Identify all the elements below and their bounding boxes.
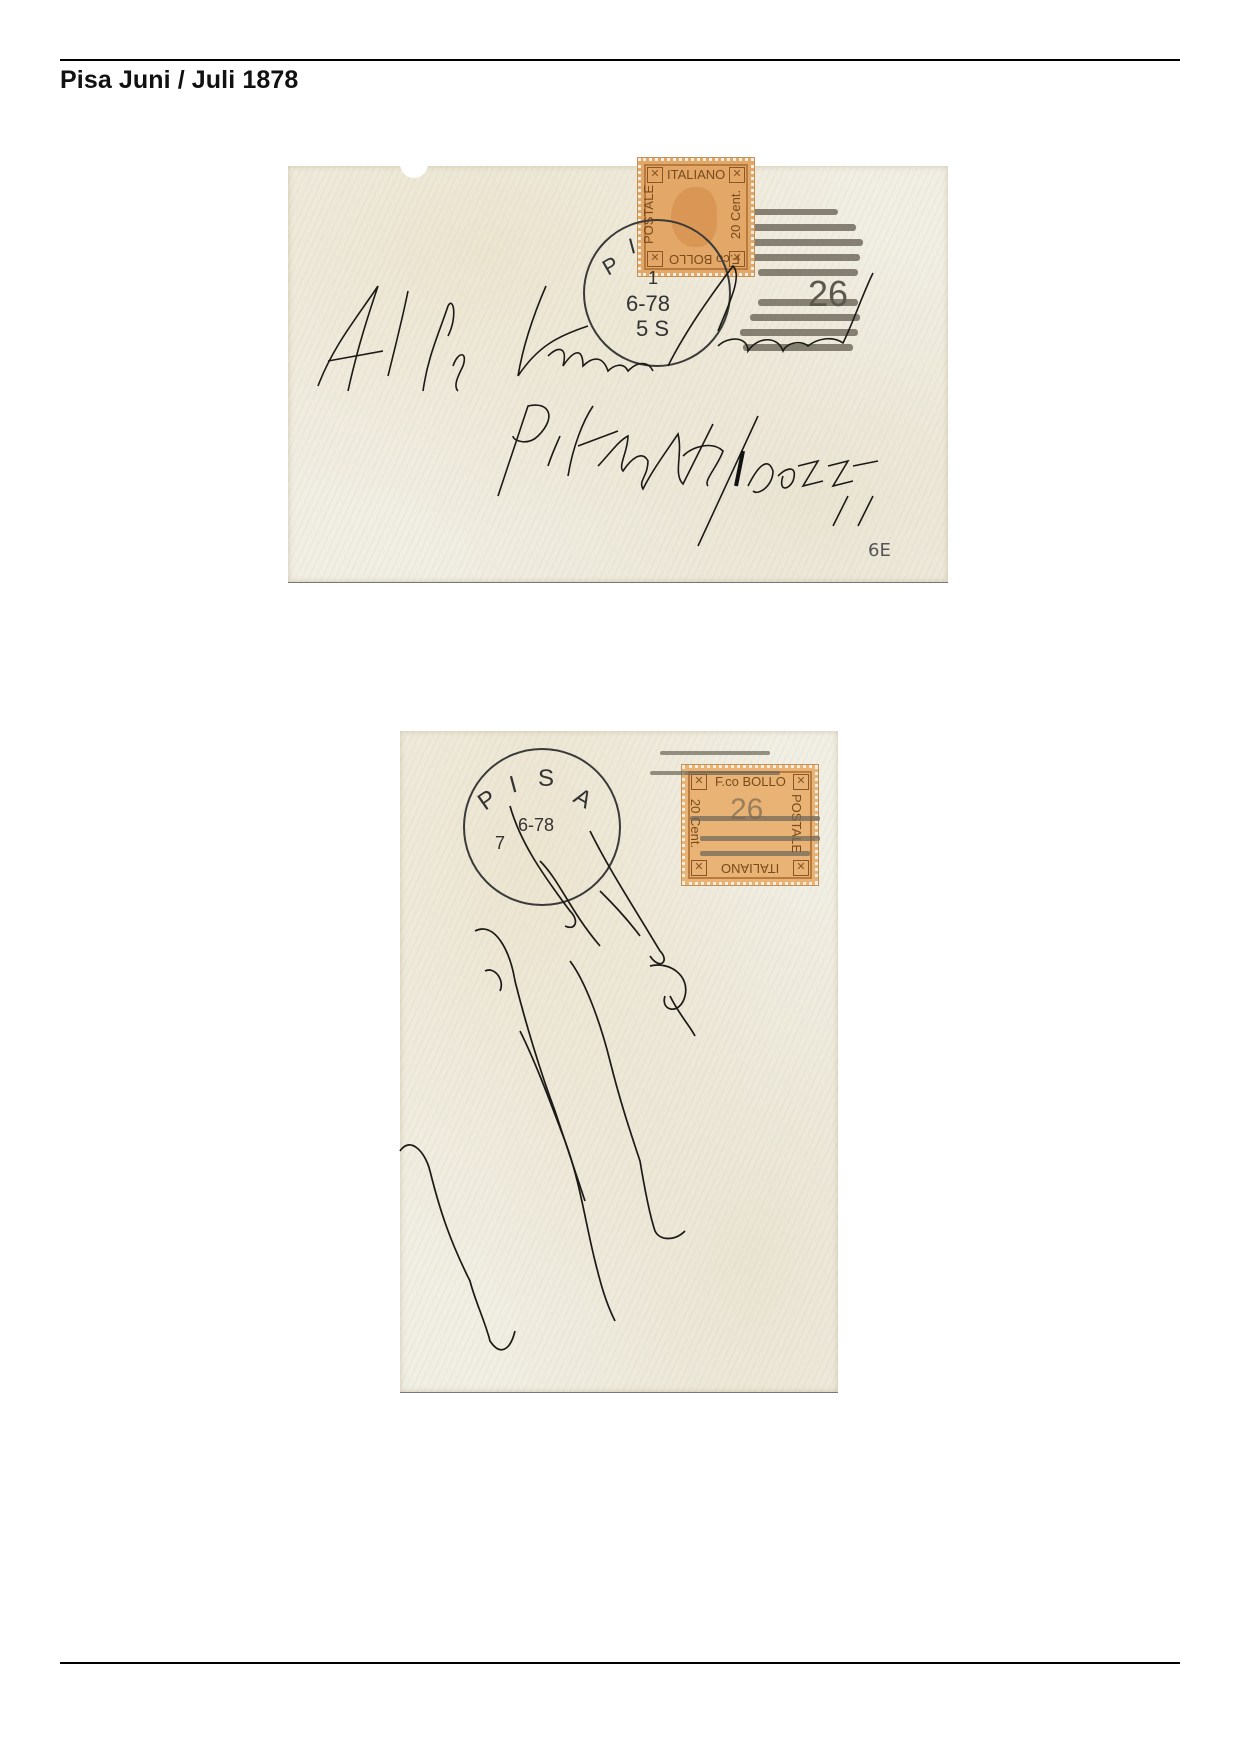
top-rule: [60, 59, 1180, 61]
svg-text:I: I: [507, 771, 520, 799]
cover-2-markings: 26 P I S A 6-78 7: [400, 731, 838, 1392]
cover-1-envelope: 26 ✕ ✕ ✕ ✕ ITALIANO POSTALE 20 Cent. F.c…: [288, 166, 948, 582]
svg-text:6-78: 6-78: [518, 815, 554, 835]
svg-text:I: I: [626, 233, 638, 259]
svg-text:7: 7: [495, 833, 505, 853]
svg-text:26: 26: [730, 793, 763, 826]
page-title: Pisa Juni / Juli 1878: [60, 66, 298, 95]
svg-text:A: A: [569, 783, 596, 814]
pencil-price-note: 6E: [868, 540, 891, 561]
handwritten-address: [318, 266, 878, 546]
cover-2-envelope: ✕ ✕ ✕ ✕ F.co BOLLO 20 Cent. POSTALE ITAL…: [400, 731, 838, 1392]
svg-text:P: P: [598, 251, 623, 280]
svg-text:P: P: [473, 785, 502, 816]
svg-text:1: 1: [648, 268, 658, 288]
handwritten-address: [400, 806, 695, 1350]
cover-1-markings: P I 1 6-78 5 S: [288, 166, 948, 582]
postmark-town: S: [538, 765, 554, 792]
svg-text:5 S: 5 S: [636, 316, 669, 341]
bottom-rule: [60, 1662, 1180, 1664]
svg-text:6-78: 6-78: [626, 291, 670, 316]
